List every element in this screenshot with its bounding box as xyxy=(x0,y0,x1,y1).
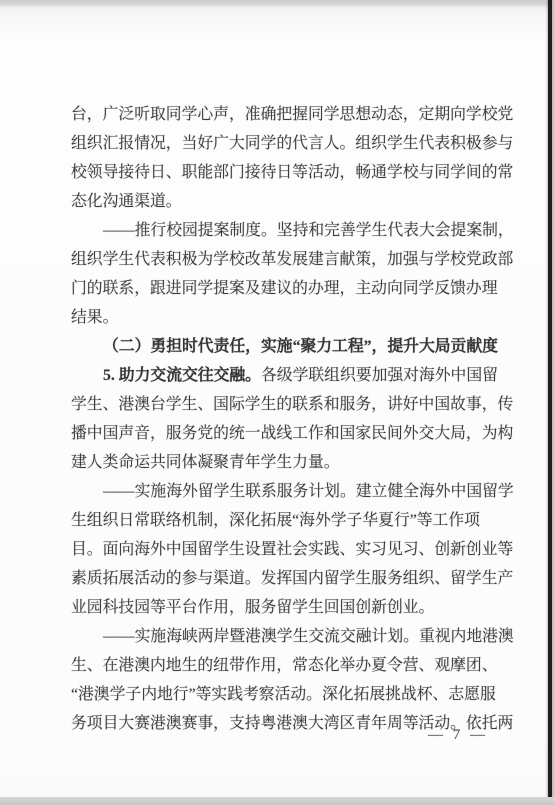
scanned-document-page: 台，广泛听取同学心声，准确把握同学思想动态，定期向学校党 组织汇报情况，当好广大… xyxy=(0,0,554,805)
text-line: 组织汇报情况，当好广大同学的代言人。组织学生代表积极参与 xyxy=(71,129,515,158)
text-line: 生、在港澳内地生的纽带作用，常态化举办夏令营、观摩团、 xyxy=(71,651,515,680)
section-heading: （二）勇担时代责任，实施“聚力工程”，提升大局贡献度 xyxy=(71,332,515,361)
text-line: 生组织日常联络机制，深化拓展“海外学子华夏行”等工作项 xyxy=(71,506,515,535)
text-line: 门的联系，跟进同学提案及建议的办理，主动向同学反馈办理 xyxy=(71,274,515,303)
text-line: 5. 助力交流交往交融。各级学联组织要加强对海外中国留 xyxy=(71,361,515,390)
text-line: 态化沟通渠道。 xyxy=(71,187,515,216)
text-line: 业园科技园等平台作用，服务留学生回国创新创业。 xyxy=(71,593,515,622)
scan-bottom-edge xyxy=(0,797,554,805)
text-line: 台，广泛听取同学心声，准确把握同学思想动态，定期向学校党 xyxy=(71,100,515,129)
text-line: 播中国声音，服务党的统一战线工作和国家民间外交大局，为构 xyxy=(71,419,515,448)
text-line: 素质拓展活动的参与渠道。发挥国内留学生服务组织、留学生产 xyxy=(71,564,515,593)
page-number: — 7 — xyxy=(428,727,488,744)
text-line: 结果。 xyxy=(71,303,515,332)
text-line: ——实施海外留学生联系服务计划。建立健全海外中国留学 xyxy=(71,477,515,506)
item-text: 各级学联组织要加强对海外中国留 xyxy=(261,367,498,384)
text-line: 组织学生代表积极为学校改革发展建言献策，加强与学校党政部 xyxy=(71,245,515,274)
text-line: 学生、港澳台学生、国际学生的联系和服务，讲好中国故事，传 xyxy=(71,390,515,419)
text-line: 建人类命运共同体凝聚青年学生力量。 xyxy=(71,448,515,477)
document-text: 台，广泛听取同学心声，准确把握同学思想动态，定期向学校党 组织汇报情况，当好广大… xyxy=(71,100,515,738)
item-number-lead: 5. 助力交流交往交融。 xyxy=(103,367,261,384)
text-line: 校领导接待日、职能部门接待日等活动，畅通学校与同学间的常 xyxy=(71,158,515,187)
text-line: ——推行校园提案制度。坚持和完善学生代表大会提案制， xyxy=(71,216,515,245)
text-line: “港澳学子内地行”等实践考察活动。深化拓展挑战杯、志愿服 xyxy=(71,680,515,709)
scan-top-edge xyxy=(0,0,554,6)
text-line: 目。面向海外中国留学生设置社会实践、实习见习、创新创业等 xyxy=(71,535,515,564)
text-line: ——实施海峡两岸暨港澳学生交流交融计划。重视内地港澳 xyxy=(71,622,515,651)
